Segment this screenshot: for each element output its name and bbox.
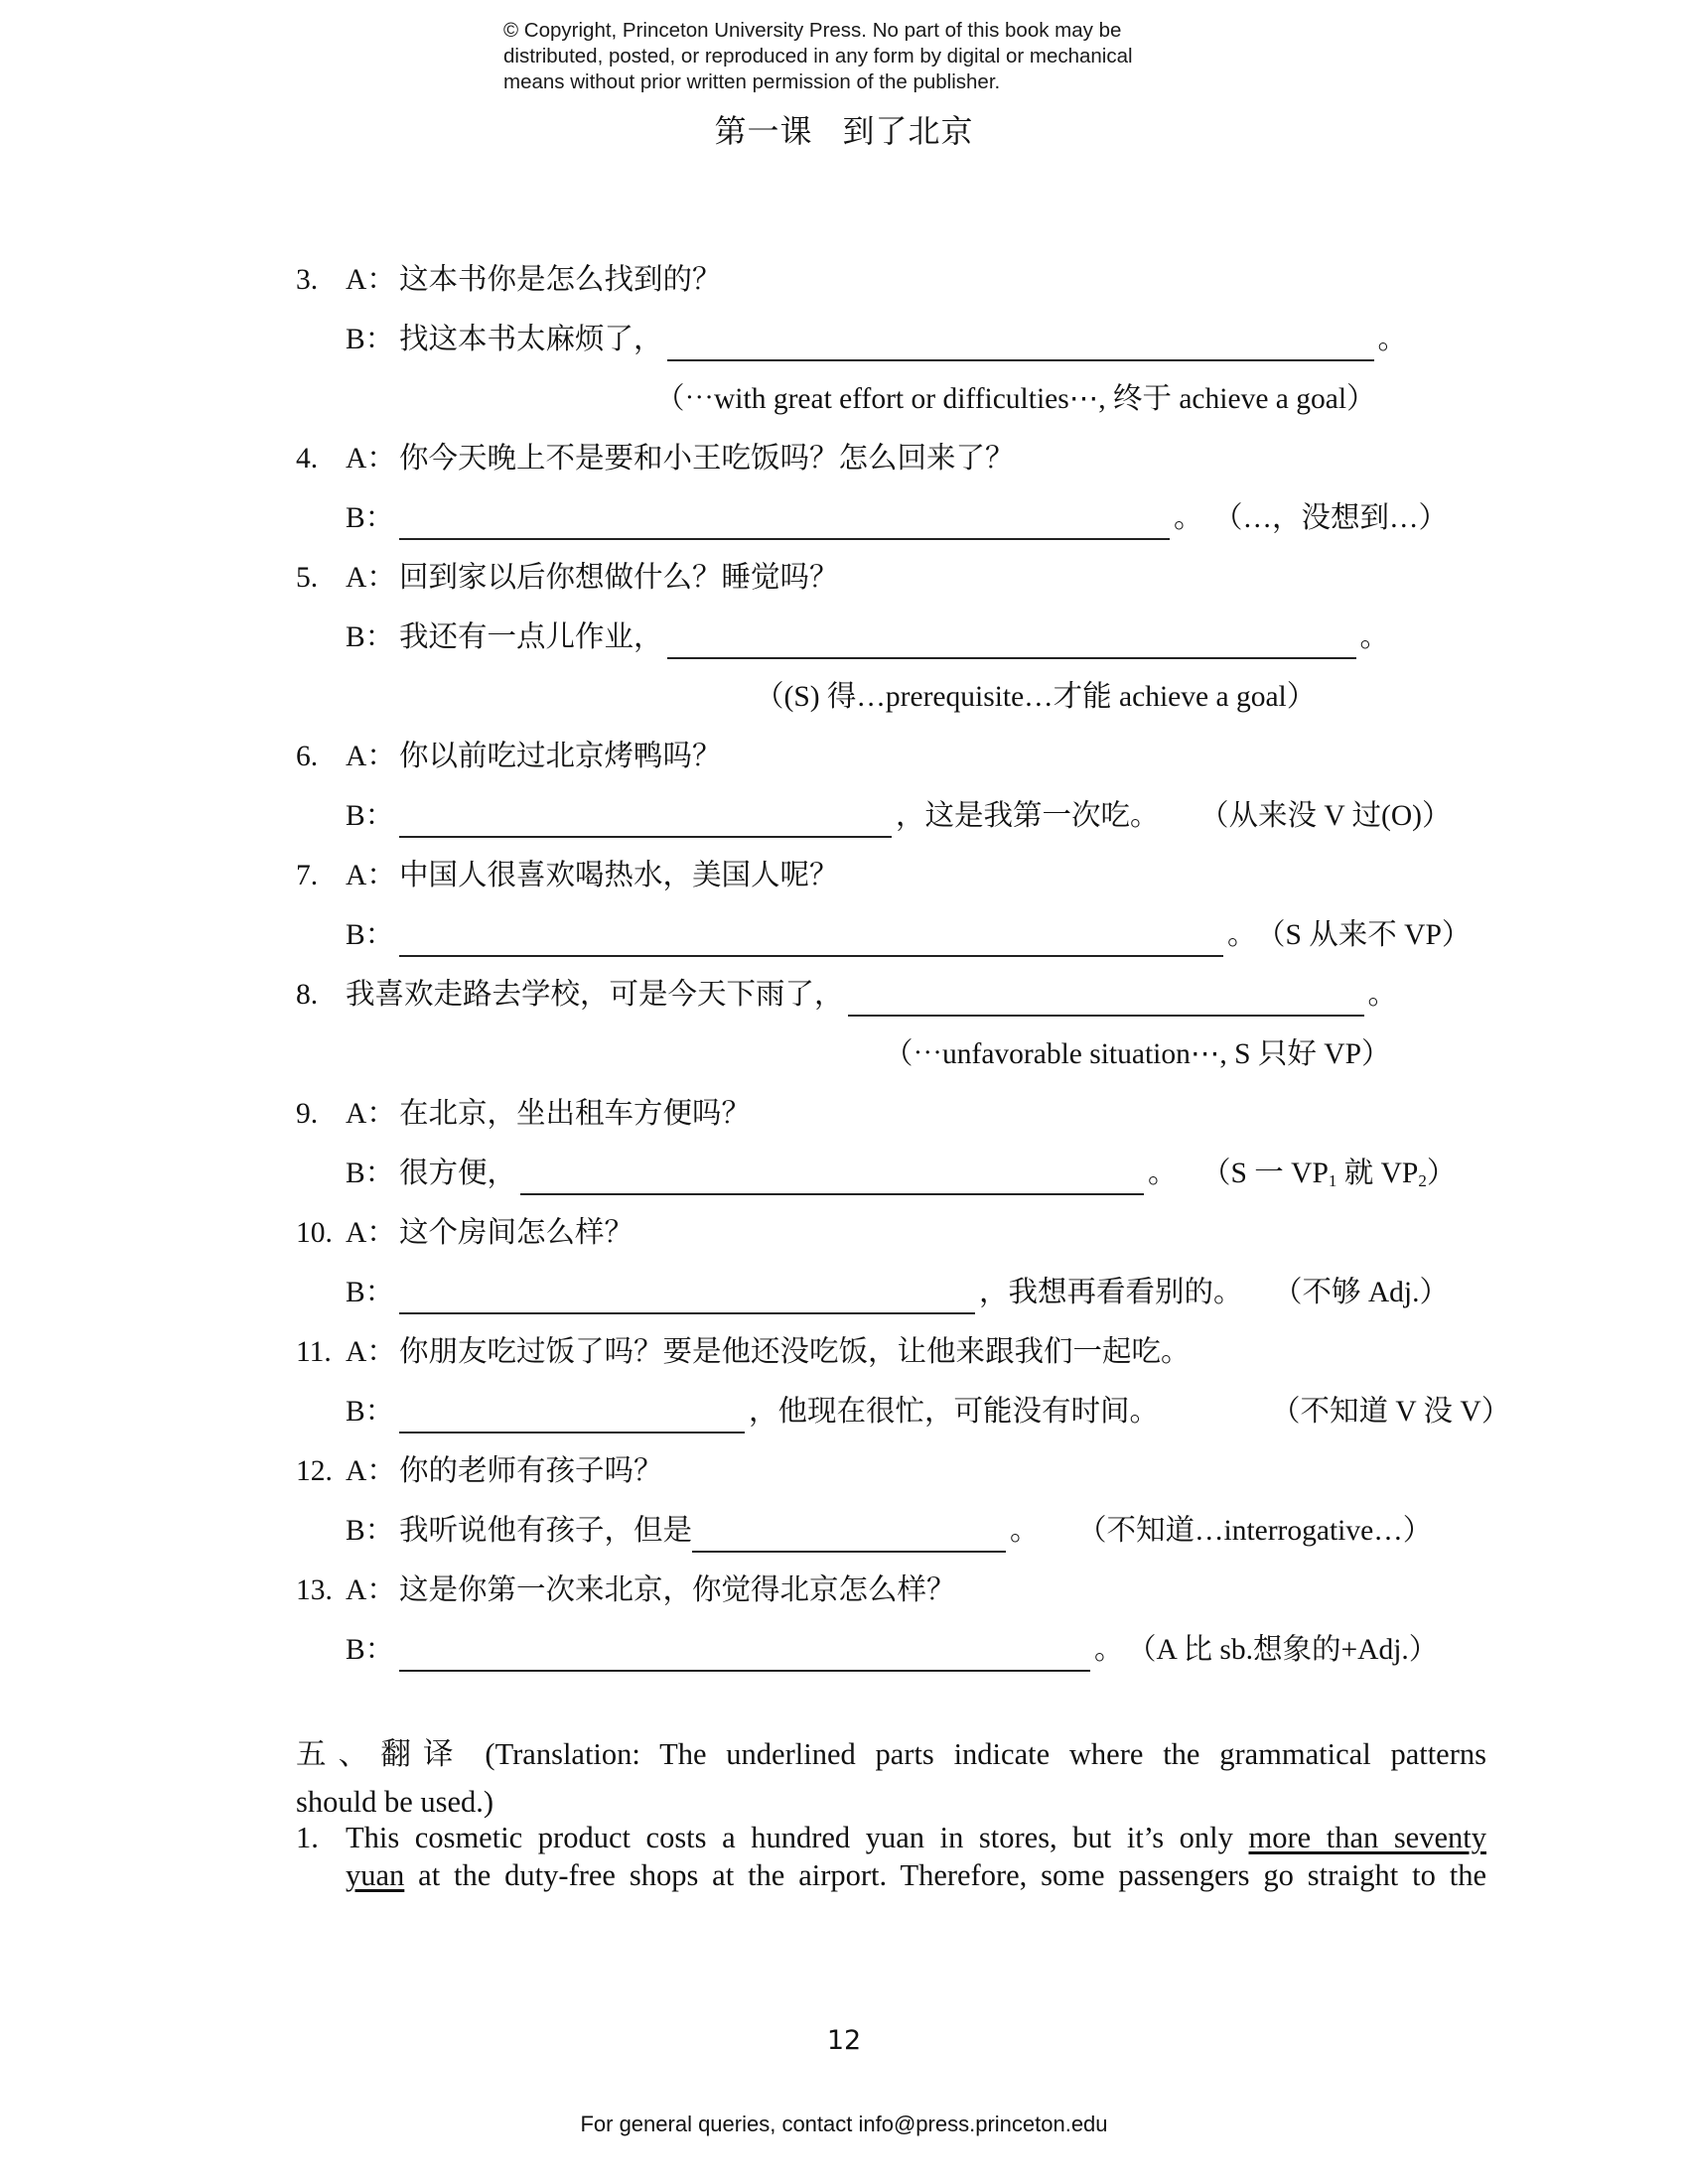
copyright-line: distributed, posted, or reproduced in an…	[503, 44, 1218, 69]
underlined-pattern: yuan	[346, 1858, 404, 1892]
grammar-hint: （S 一 VP1 就 VP2）	[1201, 1152, 1456, 1203]
copyright-line: © Copyright, Princeton University Press.…	[503, 18, 1218, 44]
grammar-hint: （A 比 sb.想象的+Adj.）	[1127, 1628, 1438, 1672]
footer-contact: For general queries, contact info@press.…	[0, 2112, 1688, 2137]
underlined-pattern: more than seventy	[1248, 1821, 1486, 1854]
lesson-title: 第一课到了北京	[0, 106, 1688, 152]
copyright-notice: © Copyright, Princeton University Press.…	[503, 18, 1218, 95]
answer-blank[interactable]	[848, 981, 1364, 1017]
translation-heading: 五、翻译 (Translation: The underlined parts …	[296, 1732, 1486, 1776]
lesson-name: 到了北京	[843, 112, 974, 150]
grammar-hint: （(S) 得…prerequisite…才能 achieve a goal）	[755, 675, 1316, 719]
grammar-hint: （⋯with great effort or difficulties⋯, 终于…	[655, 377, 1376, 421]
grammar-hint: （⋯unfavorable situation⋯, S 只好 VP）	[884, 1032, 1390, 1076]
grammar-hint: （不够 Adj.）	[1273, 1271, 1449, 1314]
answer-blank[interactable]	[399, 1398, 745, 1433]
lesson-label: 第一课	[714, 112, 812, 150]
document-page: © Copyright, Princeton University Press.…	[0, 0, 1688, 2184]
answer-blank[interactable]	[667, 326, 1374, 361]
answer-blank[interactable]	[399, 1279, 975, 1314]
answer-blank[interactable]	[520, 1160, 1144, 1195]
answer-blank[interactable]	[399, 921, 1223, 957]
grammar-hint: （…，没想到…）	[1213, 496, 1448, 540]
grammar-hint: （从来没 V 过(O)）	[1199, 794, 1451, 838]
translation-heading-cont: should be used.)	[296, 1780, 1486, 1824]
grammar-hint: （不知道…interrogative…）	[1077, 1509, 1432, 1553]
answer-blank[interactable]	[399, 504, 1170, 540]
answer-blank[interactable]	[667, 623, 1356, 659]
grammar-hint: （不知道 V 没 V）	[1271, 1390, 1510, 1433]
answer-blank[interactable]	[692, 1517, 1006, 1553]
answer-blank[interactable]	[399, 802, 892, 838]
translation-item-1: 1. This cosmetic product costs a hundred…	[296, 1819, 1486, 1898]
answer-blank[interactable]	[399, 1636, 1090, 1672]
copyright-line: means without prior written permission o…	[503, 69, 1218, 95]
page-number: 12	[0, 2025, 1688, 2056]
grammar-hint: （S 从来不 VP）	[1256, 913, 1471, 957]
